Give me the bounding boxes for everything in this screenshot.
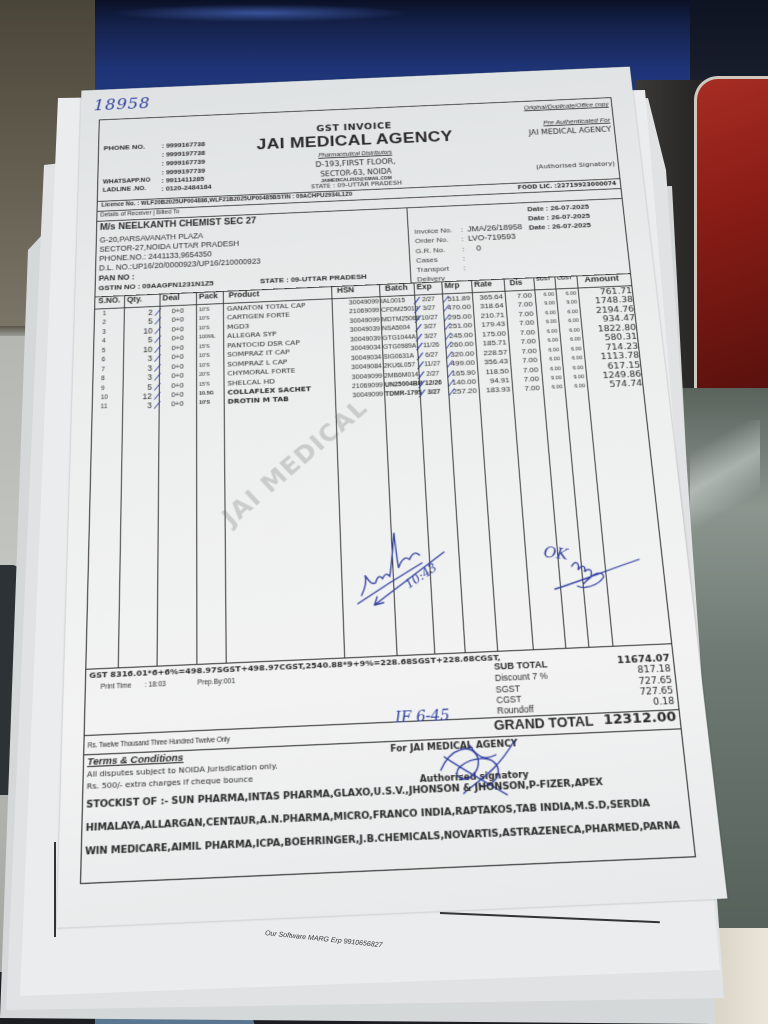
transport-label: Transport bbox=[416, 265, 449, 274]
phone-number: : 9999197738 bbox=[162, 149, 205, 158]
phone-label: PHONE NO. bbox=[104, 143, 146, 152]
print-time-value: : 18:03 bbox=[145, 681, 166, 689]
auth-company-name: JAI MEDICAL AGENCY bbox=[528, 126, 611, 138]
order-no-value: LVO-719593 bbox=[468, 232, 516, 243]
grand-total-value: 12312.00 bbox=[603, 709, 677, 728]
discount-value: 817.18 bbox=[637, 664, 671, 676]
handwritten-invoice-number: 18958 bbox=[93, 95, 150, 114]
gr-no-value: 0 bbox=[476, 244, 481, 253]
pre-authenticated-label: Pre Authenticated For bbox=[543, 116, 611, 126]
invoice-sheet: 18958 PHONE NO. : 9999167738 : 999919773… bbox=[57, 67, 728, 928]
gr-no-label: G.R. No. bbox=[415, 246, 445, 255]
separator: : bbox=[462, 245, 465, 253]
red-phone-case bbox=[694, 76, 768, 388]
separator: : bbox=[463, 264, 466, 272]
cell-dis: 7.00 bbox=[512, 384, 543, 395]
cell-cgst: 6.00 bbox=[564, 382, 588, 393]
cell-pack: 10'S bbox=[196, 398, 224, 409]
scribble-icon bbox=[539, 538, 648, 602]
phone-number: : 9999167738 bbox=[162, 140, 205, 149]
cases-label: Cases bbox=[416, 256, 438, 265]
authorised-signatory-label: (Authorised Signatory) bbox=[536, 160, 616, 171]
glass-reflection bbox=[690, 420, 760, 540]
ok-note-scribble bbox=[539, 538, 648, 602]
amount-in-words: Rs. Twelve Thousand Three Hundred Twelve… bbox=[88, 736, 230, 750]
invoice-no-label: Invoice No. bbox=[414, 226, 452, 235]
cell-mrp: 257.20 bbox=[448, 387, 479, 398]
whatsapp-label: WHATSAPP.NO bbox=[103, 177, 151, 185]
order-no-label: Order No. bbox=[415, 236, 449, 245]
copy-type: Original/Duplicate/Office copy bbox=[524, 102, 609, 111]
cell-exp: 3/27 bbox=[419, 388, 448, 399]
separator: : bbox=[460, 226, 463, 234]
background-light-reflection bbox=[110, 4, 410, 22]
prepared-by: Prep.By:001 bbox=[197, 678, 235, 687]
grand-total-label: GRAND TOTAL bbox=[493, 713, 594, 733]
discount-label: Discount 7 % bbox=[494, 670, 548, 683]
invoice-frame: PHONE NO. : 9999167738 : 9999197738 : 99… bbox=[80, 97, 696, 884]
gr-date: Date : 26-07-2025 bbox=[529, 221, 592, 231]
separator: : bbox=[461, 235, 464, 243]
roundoff-value: 0.18 bbox=[653, 697, 675, 709]
print-time-label: Print Time bbox=[101, 682, 132, 691]
phone-number: : 9999167739 bbox=[162, 158, 205, 167]
cell-batch: TDMR-1795 bbox=[384, 389, 420, 400]
receiver-state: STATE : 09-UTTAR PRADESH bbox=[260, 273, 367, 285]
col-sgst: SGST bbox=[533, 276, 555, 289]
cell-sgst: 6.00 bbox=[542, 383, 565, 393]
cell-sno: 11 bbox=[93, 402, 123, 413]
signature-icon bbox=[349, 518, 456, 612]
divider bbox=[406, 207, 411, 282]
cell-qty: 3 bbox=[122, 401, 159, 412]
col-cgst: CGST bbox=[554, 276, 577, 289]
landline-number: : 0120-2484184 bbox=[161, 183, 211, 193]
cell-amount: 574.74 bbox=[587, 379, 645, 391]
separator: : bbox=[462, 255, 465, 263]
receiver-pan: PAN NO : bbox=[99, 272, 135, 282]
cell-rate: 183.93 bbox=[478, 385, 512, 396]
watermark: JAI MEDICAL bbox=[216, 394, 373, 531]
cell-deal: 0+0 bbox=[159, 399, 196, 410]
receiver-signature bbox=[349, 518, 456, 612]
landline-label: LADLINE .NO. bbox=[103, 186, 147, 194]
roundoff-label: Roundoff bbox=[497, 704, 534, 716]
under-sheet-frame-line bbox=[54, 842, 56, 937]
handwritten-total-note: IF 6-45 bbox=[395, 707, 450, 726]
